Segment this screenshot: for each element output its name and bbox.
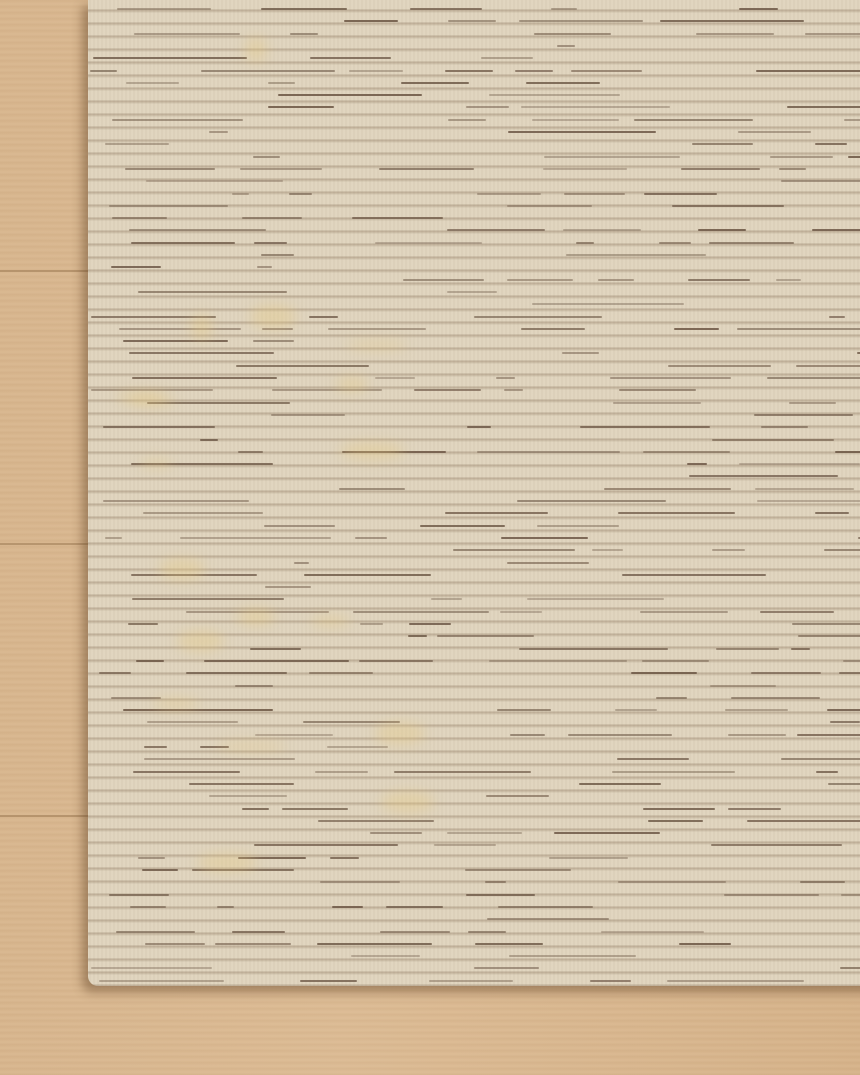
rug-stripe	[724, 894, 819, 896]
rug-stripe	[353, 611, 489, 613]
rug-stripe	[508, 131, 656, 133]
rug-stripe	[631, 672, 697, 674]
rug-warm-patch	[311, 616, 350, 626]
rug-stripe	[800, 881, 845, 883]
rug-stripe	[352, 217, 444, 219]
rug-stripe	[255, 734, 333, 736]
rug-stripe	[189, 783, 294, 785]
rug-stripe	[445, 512, 548, 514]
rug-stripe	[445, 70, 492, 72]
rug-stripe	[549, 857, 628, 859]
rug-stripe	[648, 820, 704, 822]
rug-stripe	[144, 746, 168, 748]
rug-stripe	[294, 562, 309, 564]
rug-stripe	[640, 611, 728, 613]
rug-stripe	[109, 894, 169, 896]
rug-stripe	[497, 709, 550, 711]
rug-stripe	[739, 463, 860, 465]
rug-stripe	[712, 439, 834, 441]
rug-stripe	[656, 697, 687, 699]
rug-stripe	[327, 746, 388, 748]
rug-stripe	[99, 980, 224, 982]
rug-stripe	[272, 389, 382, 391]
rug-stripe	[515, 70, 553, 72]
rug-stripe	[510, 734, 545, 736]
rug-stripe	[696, 33, 774, 35]
rug-stripe	[349, 70, 403, 72]
rug-stripe	[257, 266, 272, 268]
rug-stripe	[434, 844, 496, 846]
rug-stripe	[320, 881, 400, 883]
rug-stripe	[841, 894, 860, 896]
rug-stripe	[414, 389, 481, 391]
rug-stripe	[504, 389, 523, 391]
rug-stripe	[747, 820, 860, 822]
rug-stripe	[643, 451, 729, 453]
rug-stripe	[792, 623, 860, 625]
rug-stripe	[498, 906, 593, 908]
rug-warm-patch	[217, 742, 286, 751]
rug-stripe	[679, 943, 731, 945]
rug-stripe	[757, 500, 860, 502]
rug-stripe	[698, 229, 746, 231]
rug-stripe	[437, 635, 533, 637]
rug-stripe	[355, 537, 387, 539]
rug-stripe	[568, 734, 672, 736]
rug-stripe	[105, 537, 123, 539]
rug-stripe	[532, 303, 684, 305]
rug-stripe	[731, 697, 820, 699]
rug-stripe	[604, 488, 731, 490]
rug-stripe	[130, 906, 166, 908]
rug-stripe	[268, 82, 295, 84]
rug-stripe	[271, 414, 344, 416]
rug-stripe	[466, 894, 535, 896]
rug-stripe	[554, 832, 660, 834]
rug-stripe	[532, 119, 618, 121]
rug-stripe	[781, 758, 860, 760]
rug-stripe	[489, 94, 620, 96]
rug-stripe	[500, 611, 542, 613]
rug-stripe	[330, 857, 358, 859]
rug-stripe	[521, 328, 586, 330]
rug-stripe	[824, 549, 860, 551]
rug-stripe	[687, 463, 706, 465]
rug-stripe	[711, 844, 842, 846]
rug-stripe	[622, 574, 766, 576]
rug-warm-patch	[250, 304, 296, 329]
rug-stripe	[659, 242, 691, 244]
rug-stripe	[447, 832, 523, 834]
rug-stripe	[467, 426, 491, 428]
rug-stripe	[119, 328, 241, 330]
rug-stripe	[261, 254, 294, 256]
rug-stripe	[689, 475, 838, 477]
rug-stripe	[90, 70, 116, 72]
rug-stripe	[486, 795, 549, 797]
rug-stripe	[507, 562, 590, 564]
rug-stripe	[672, 205, 784, 207]
rug-stripe	[318, 820, 433, 822]
rug-stripe	[429, 980, 512, 982]
rug-stripe	[401, 82, 469, 84]
rug-stripe	[240, 168, 323, 170]
rug-stripe	[564, 193, 625, 195]
rug-stripe	[829, 316, 844, 318]
rug-stripe	[254, 242, 288, 244]
rug-stripe	[466, 106, 509, 108]
rug-stripe	[537, 525, 620, 527]
rug-stripe	[201, 70, 334, 72]
rug-stripe	[300, 980, 357, 982]
rug-stripe	[643, 808, 715, 810]
rug-stripe	[134, 33, 240, 35]
rug-warm-patch	[159, 558, 205, 580]
rug-stripe	[815, 512, 849, 514]
rug-stripe	[644, 193, 717, 195]
rug-stripe	[309, 672, 373, 674]
rug-stripe	[242, 808, 270, 810]
rug-stripe	[485, 881, 506, 883]
rug-stripe	[289, 193, 312, 195]
rug-stripe	[848, 156, 860, 158]
rug-stripe	[131, 242, 235, 244]
rug-stripe	[590, 980, 631, 982]
rug-stripe	[125, 168, 216, 170]
rug-stripe	[688, 279, 751, 281]
rug-stripe	[105, 143, 169, 145]
rug-stripe	[145, 943, 205, 945]
rug-stripe	[99, 672, 130, 674]
rug-stripe	[143, 512, 263, 514]
rug-stripe	[501, 537, 588, 539]
rug-stripe	[618, 881, 726, 883]
rug-stripe	[403, 279, 484, 281]
rug-stripe	[264, 525, 336, 527]
rug-stripe	[767, 377, 860, 379]
rug-stripe	[754, 414, 853, 416]
rug-stripe	[618, 512, 735, 514]
rug-stripe	[370, 832, 422, 834]
rug-stripe	[465, 869, 571, 871]
rug-stripe	[217, 906, 235, 908]
rug-stripe	[304, 574, 431, 576]
rug-stripe	[344, 20, 398, 22]
rug-stripe	[109, 205, 228, 207]
rug-stripe	[359, 660, 433, 662]
rug-stripe	[328, 328, 426, 330]
rug-stripe	[776, 279, 801, 281]
rug-stripe	[215, 943, 291, 945]
rug-stripe	[238, 451, 263, 453]
rug-stripe	[136, 660, 164, 662]
rug-stripe	[379, 168, 474, 170]
rug-stripe	[737, 328, 860, 330]
rug-stripe	[132, 598, 284, 600]
rug-stripe	[496, 377, 514, 379]
rug-stripe	[91, 967, 212, 969]
rug-stripe	[261, 8, 347, 10]
rug-stripe	[351, 955, 420, 957]
rug-stripe	[204, 660, 349, 662]
rug-warm-patch	[346, 341, 407, 350]
rug-stripe	[309, 316, 338, 318]
rug-stripe	[797, 734, 860, 736]
rug-stripe	[447, 229, 545, 231]
rug-stripe	[828, 783, 860, 785]
rug-stripe	[601, 931, 704, 933]
rug-stripe	[534, 33, 610, 35]
rug-stripe	[738, 131, 811, 133]
rug-stripe	[474, 316, 601, 318]
rug-stripe	[681, 168, 760, 170]
rug-stripe	[475, 943, 543, 945]
rug-stripe	[146, 180, 283, 182]
rug-stripe	[290, 33, 318, 35]
rug-stripe	[610, 377, 731, 379]
rug-stripe	[617, 758, 689, 760]
rug-stripe	[489, 660, 627, 662]
rug-warm-patch	[177, 630, 224, 652]
rug-stripe	[394, 771, 531, 773]
rug	[88, 0, 860, 986]
rug-stripe	[420, 525, 505, 527]
rug-stripe	[787, 106, 860, 108]
rug-warm-patch	[140, 459, 172, 468]
rug-stripe	[111, 266, 161, 268]
rug-stripe	[128, 623, 159, 625]
rug-stripe	[830, 721, 860, 723]
rug-stripe	[521, 106, 670, 108]
rug-stripe	[144, 758, 295, 760]
rug-stripe	[487, 918, 609, 920]
rug-stripe	[103, 500, 250, 502]
rug-stripe	[200, 439, 218, 441]
rug-stripe	[209, 131, 228, 133]
rug-stripe	[477, 451, 619, 453]
rug-stripe	[332, 906, 363, 908]
rug-stripe	[710, 685, 776, 687]
rug-stripe	[815, 143, 847, 145]
rug-stripe	[186, 672, 287, 674]
rug-stripe	[468, 931, 506, 933]
floor-seam	[0, 270, 100, 272]
rug-stripe	[282, 808, 348, 810]
rug-stripe	[751, 672, 820, 674]
rug-stripe	[816, 771, 838, 773]
rug-stripe	[598, 279, 634, 281]
rug-stripe	[615, 709, 657, 711]
rug-stripe	[126, 82, 179, 84]
rug-stripe	[839, 672, 860, 674]
rug-stripe	[242, 217, 302, 219]
rug-stripe	[709, 242, 793, 244]
rug-stripe	[375, 377, 415, 379]
rug-stripe	[117, 8, 211, 10]
rug-stripe	[805, 33, 860, 35]
rug-stripe	[728, 808, 781, 810]
rug-stripe	[779, 168, 806, 170]
rug-stripe	[138, 857, 164, 859]
rug-stripe	[756, 70, 860, 72]
rug-stripe	[232, 193, 249, 195]
rug-stripe	[667, 980, 804, 982]
rug-stripe	[142, 869, 178, 871]
rug-stripe	[123, 709, 273, 711]
rug-stripe	[278, 94, 421, 96]
rug-stripe	[250, 648, 302, 650]
rug-stripe	[253, 156, 280, 158]
rug-stripe	[796, 365, 860, 367]
rug-stripe	[431, 598, 462, 600]
rug-stripe	[380, 931, 450, 933]
rug-stripe	[453, 549, 575, 551]
rug-stripe	[386, 906, 442, 908]
floor-seam	[0, 543, 100, 545]
rug-stripe	[509, 955, 636, 957]
rug-stripe	[409, 623, 451, 625]
rug-stripe	[674, 328, 719, 330]
rug-stripe	[138, 291, 287, 293]
rug-stripe	[112, 217, 167, 219]
rug-stripe	[474, 967, 538, 969]
rug-stripe	[180, 537, 331, 539]
rug-stripe	[410, 8, 483, 10]
rug-stripe	[557, 45, 575, 47]
rug-stripe	[619, 389, 696, 391]
rug-stripe	[761, 426, 808, 428]
rug-warm-patch	[245, 37, 267, 61]
rug-stripe	[755, 488, 854, 490]
rug-stripe	[668, 365, 770, 367]
rug-stripe	[477, 193, 541, 195]
rug-stripe	[132, 377, 277, 379]
rug-stripe	[103, 426, 215, 428]
rug-stripe	[517, 500, 667, 502]
rug-stripe	[843, 660, 860, 662]
rug-stripe	[408, 635, 427, 637]
rug-warm-patch	[197, 853, 257, 872]
rug-stripe	[634, 119, 753, 121]
rug-stripe	[112, 119, 243, 121]
rug-stripe	[519, 648, 668, 650]
rug-stripe	[844, 119, 860, 121]
rug-stripe	[481, 57, 533, 59]
rug-stripe	[448, 20, 496, 22]
rug-stripe	[613, 402, 701, 404]
rug-stripe	[254, 844, 397, 846]
rug-stripe	[310, 57, 391, 59]
rug-stripe	[526, 82, 600, 84]
rug-stripe	[642, 660, 709, 662]
rug-stripe	[791, 648, 810, 650]
rug-stripe	[93, 57, 247, 59]
rug-stripe	[566, 254, 706, 256]
rug-stripe	[268, 106, 335, 108]
rug-stripe	[716, 648, 780, 650]
rug-stripe	[571, 70, 642, 72]
rug-stripe	[551, 8, 577, 10]
rug-stripe	[579, 783, 661, 785]
rug-stripe	[739, 8, 779, 10]
rug-stripe	[317, 943, 433, 945]
rug-stripe	[339, 488, 405, 490]
rug-stripe	[129, 229, 265, 231]
rug-stripe	[448, 119, 486, 121]
rug-stripe	[812, 229, 860, 231]
rug-stripe	[236, 365, 369, 367]
rug-stripe	[563, 229, 641, 231]
rug-stripe	[209, 795, 288, 797]
rug-stripe	[728, 734, 786, 736]
rug-stripe	[592, 549, 622, 551]
rug-stripe	[91, 389, 213, 391]
rug-stripe	[360, 623, 383, 625]
rug-stripe	[781, 180, 860, 182]
rug-stripe	[612, 771, 736, 773]
rug-stripe	[725, 709, 788, 711]
rug-stripe	[447, 291, 497, 293]
rug-stripe	[770, 156, 833, 158]
rug-stripe	[835, 451, 860, 453]
rug-stripe	[375, 242, 482, 244]
rug-stripe	[760, 611, 834, 613]
rug-warm-patch	[237, 608, 275, 626]
floor-seam	[0, 815, 100, 817]
rug-stripe	[692, 143, 754, 145]
rug-stripe	[543, 168, 627, 170]
rug-stripe	[527, 598, 664, 600]
rug-stripe	[827, 709, 860, 711]
rug-stripe	[253, 340, 294, 342]
rug-warm-patch	[340, 442, 404, 459]
rug-stripe	[712, 549, 745, 551]
rug-warm-patch	[375, 722, 424, 745]
rug-warm-patch	[381, 791, 434, 813]
rug-warm-patch	[191, 314, 212, 339]
rug-stripe	[798, 635, 860, 637]
rug-stripe	[116, 931, 195, 933]
rug-stripe	[315, 771, 368, 773]
rug-stripe	[519, 20, 642, 22]
rug-stripe	[235, 685, 273, 687]
rug-stripe	[544, 156, 680, 158]
rug-warm-patch	[128, 395, 175, 406]
rug-stripe	[129, 352, 274, 354]
rug-stripe	[232, 931, 284, 933]
rug-stripe	[123, 340, 228, 342]
rug-stripe	[580, 426, 710, 428]
rug-stripe	[576, 242, 594, 244]
rug-stripe	[507, 205, 591, 207]
rug-stripe	[840, 967, 860, 969]
rug-warm-patch	[153, 698, 200, 708]
rug-stripe	[265, 586, 311, 588]
rug-stripe	[562, 352, 599, 354]
rug-stripe	[133, 771, 239, 773]
rug-stripe	[147, 721, 238, 723]
rug-stripe	[507, 279, 572, 281]
rug-stripe	[111, 697, 162, 699]
rug-stripe	[789, 402, 835, 404]
rug-stripe	[660, 20, 805, 22]
